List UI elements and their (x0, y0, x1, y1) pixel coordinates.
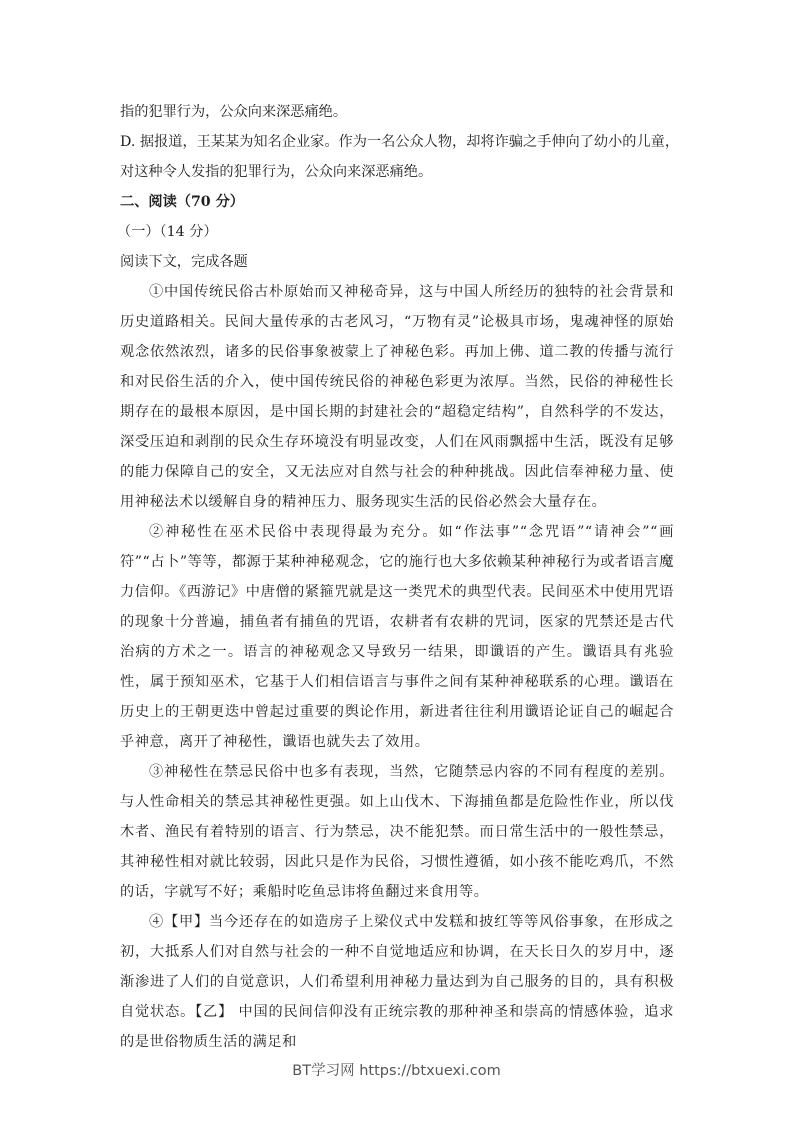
document-page: 指的犯罪行为，公众向来深恶痛绝。 D. 据报道，王某某为知名企业家。作为一名公众… (120, 97, 674, 1057)
paragraph-4: ④【甲】当今还存在的如造房子上梁仪式中发糕和披红等等风俗事象，在形成之初，大抵系… (120, 907, 674, 1057)
paragraph-1: ①中国传统民俗古朴原始而又神秘奇异，这与中国人所经历的独特的社会背景和历史道路相… (120, 277, 674, 517)
option-d-continuation: 对这种令人发指的犯罪行为，公众向来深恶痛绝。 (120, 157, 674, 187)
option-d-line: D. 据报道，王某某为知名企业家。作为一名公众人物，却将诈骗之手伸向了幼小的儿童… (120, 127, 674, 157)
paragraph-3: ③神秘性在禁忌民俗中也多有表现，当然，它随禁忌内容的不同有程度的差别。与人性命相… (120, 757, 674, 907)
subsection-heading: （一）（14 分） (117, 217, 674, 247)
watermark-footer: BT学习网 https://btxuexi.com (0, 1059, 793, 1080)
section-heading: 二、阅读（70 分） (120, 187, 674, 217)
paragraph-2: ②神秘性在巫术民俗中表现得最为充分。如“作法事”“念咒语”“请神会”“画符”“占… (120, 517, 674, 757)
text-line-1: 指的犯罪行为，公众向来深恶痛绝。 (120, 97, 674, 127)
reading-instruction: 阅读下文，完成各题 (120, 247, 674, 277)
